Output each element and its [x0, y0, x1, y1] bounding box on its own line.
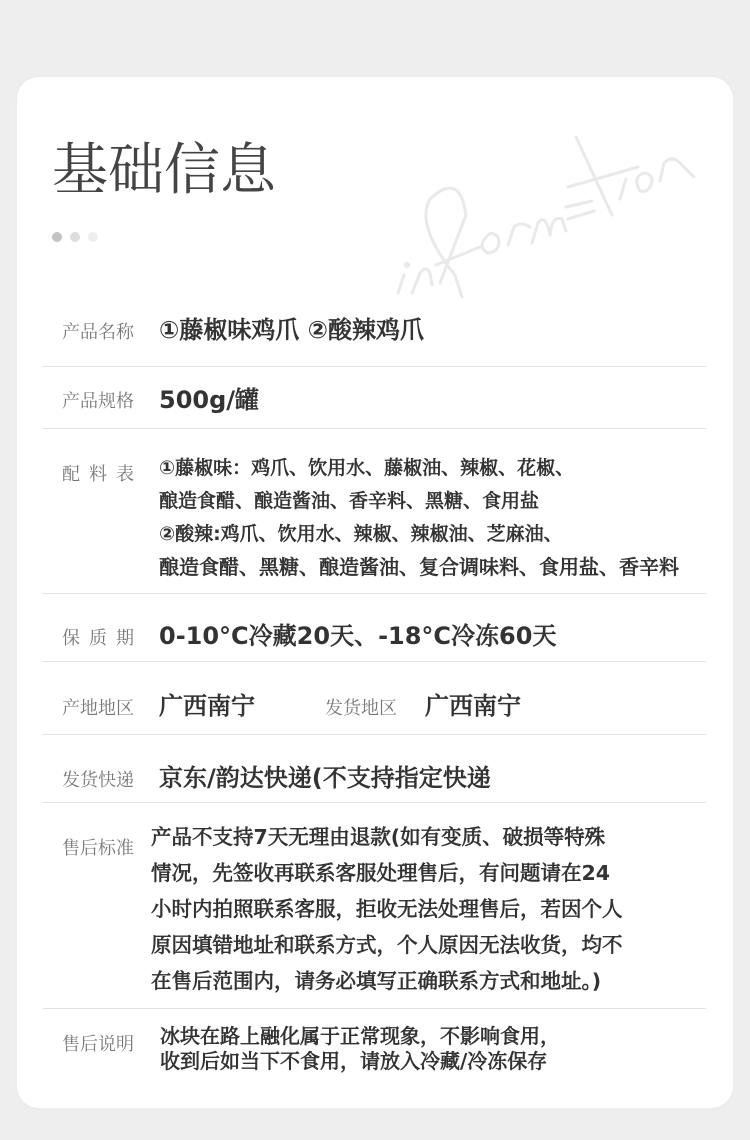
label-ingredients: 配料表 — [62, 460, 143, 486]
after-sales-note-line: 收到后如当下不食用，请放入冷藏/冷冻保存 — [160, 1049, 560, 1074]
value-origin: 广西南宁 — [159, 686, 255, 721]
after-sales-line: 小时内拍照联系客服，拒收无法处理售后，若因个人 — [151, 891, 623, 927]
after-sales-line: 在售后范围内，请务必填写正确联系方式和地址。) — [151, 963, 623, 999]
ingredients-line: ②酸辣:鸡爪、饮用水、辣椒、辣椒油、芝麻油、 — [159, 518, 679, 551]
dot-3 — [88, 232, 98, 242]
divider — [43, 366, 706, 367]
value-after-sales-standard: 产品不支持7天无理由退款(如有变质、破损等特殊 情况，先签收再联系客服处理售后，… — [151, 819, 623, 999]
value-product-name: ①藤椒味鸡爪 ②酸辣鸡爪 — [159, 310, 424, 345]
label-after-sales-standard: 售后标准 — [62, 834, 134, 860]
value-courier: 京东/韵达快递(不支持指定快递 — [159, 758, 491, 793]
divider — [43, 593, 706, 594]
divider — [43, 1008, 706, 1009]
label-product-name: 产品名称 — [62, 318, 134, 344]
label-origin: 产地地区 — [62, 694, 134, 720]
label-spec: 产品规格 — [62, 387, 134, 413]
divider — [43, 734, 706, 735]
divider — [43, 661, 706, 662]
divider — [43, 428, 706, 429]
value-ship-region: 广西南宁 — [425, 686, 521, 721]
after-sales-line: 情况，先签收再联系客服处理售后，有问题请在24 — [151, 855, 623, 891]
value-spec: 500g/罐 — [159, 380, 259, 415]
ingredients-line: 酿造食醋、黑糖、酿造酱油、复合调味料、食用盐、香辛料 — [159, 551, 679, 584]
information-watermark-icon — [380, 115, 710, 315]
label-ship-region: 发货地区 — [325, 694, 397, 720]
ingredients-line: 酿造食醋、酿造酱油、香辛料、黑糖、食用盐 — [159, 485, 679, 518]
divider — [43, 802, 706, 803]
ingredients-line: ①藤椒味：鸡爪、饮用水、藤椒油、辣椒、花椒、 — [159, 452, 679, 485]
after-sales-note-line: 冰块在路上融化属于正常现象，不影响食用， — [160, 1024, 560, 1049]
pagination-dots — [52, 232, 98, 242]
dot-1 — [52, 232, 62, 242]
after-sales-line: 原因填错地址和联系方式，个人原因无法收货，均不 — [151, 927, 623, 963]
value-shelf-life: 0-10°C冷藏20天、-18°C冷冻60天 — [159, 616, 556, 651]
after-sales-line: 产品不支持7天无理由退款(如有变质、破损等特殊 — [151, 819, 623, 855]
page-title: 基础信息 — [52, 138, 276, 204]
label-after-sales-note: 售后说明 — [62, 1030, 134, 1056]
dot-2 — [70, 232, 80, 242]
value-after-sales-note: 冰块在路上融化属于正常现象，不影响食用， 收到后如当下不食用，请放入冷藏/冷冻保… — [160, 1024, 560, 1074]
value-ingredients: ①藤椒味：鸡爪、饮用水、藤椒油、辣椒、花椒、 酿造食醋、酿造酱油、香辛料、黑糖、… — [159, 452, 679, 584]
label-courier: 发货快递 — [62, 766, 134, 792]
label-shelf-life: 保质期 — [62, 624, 143, 650]
